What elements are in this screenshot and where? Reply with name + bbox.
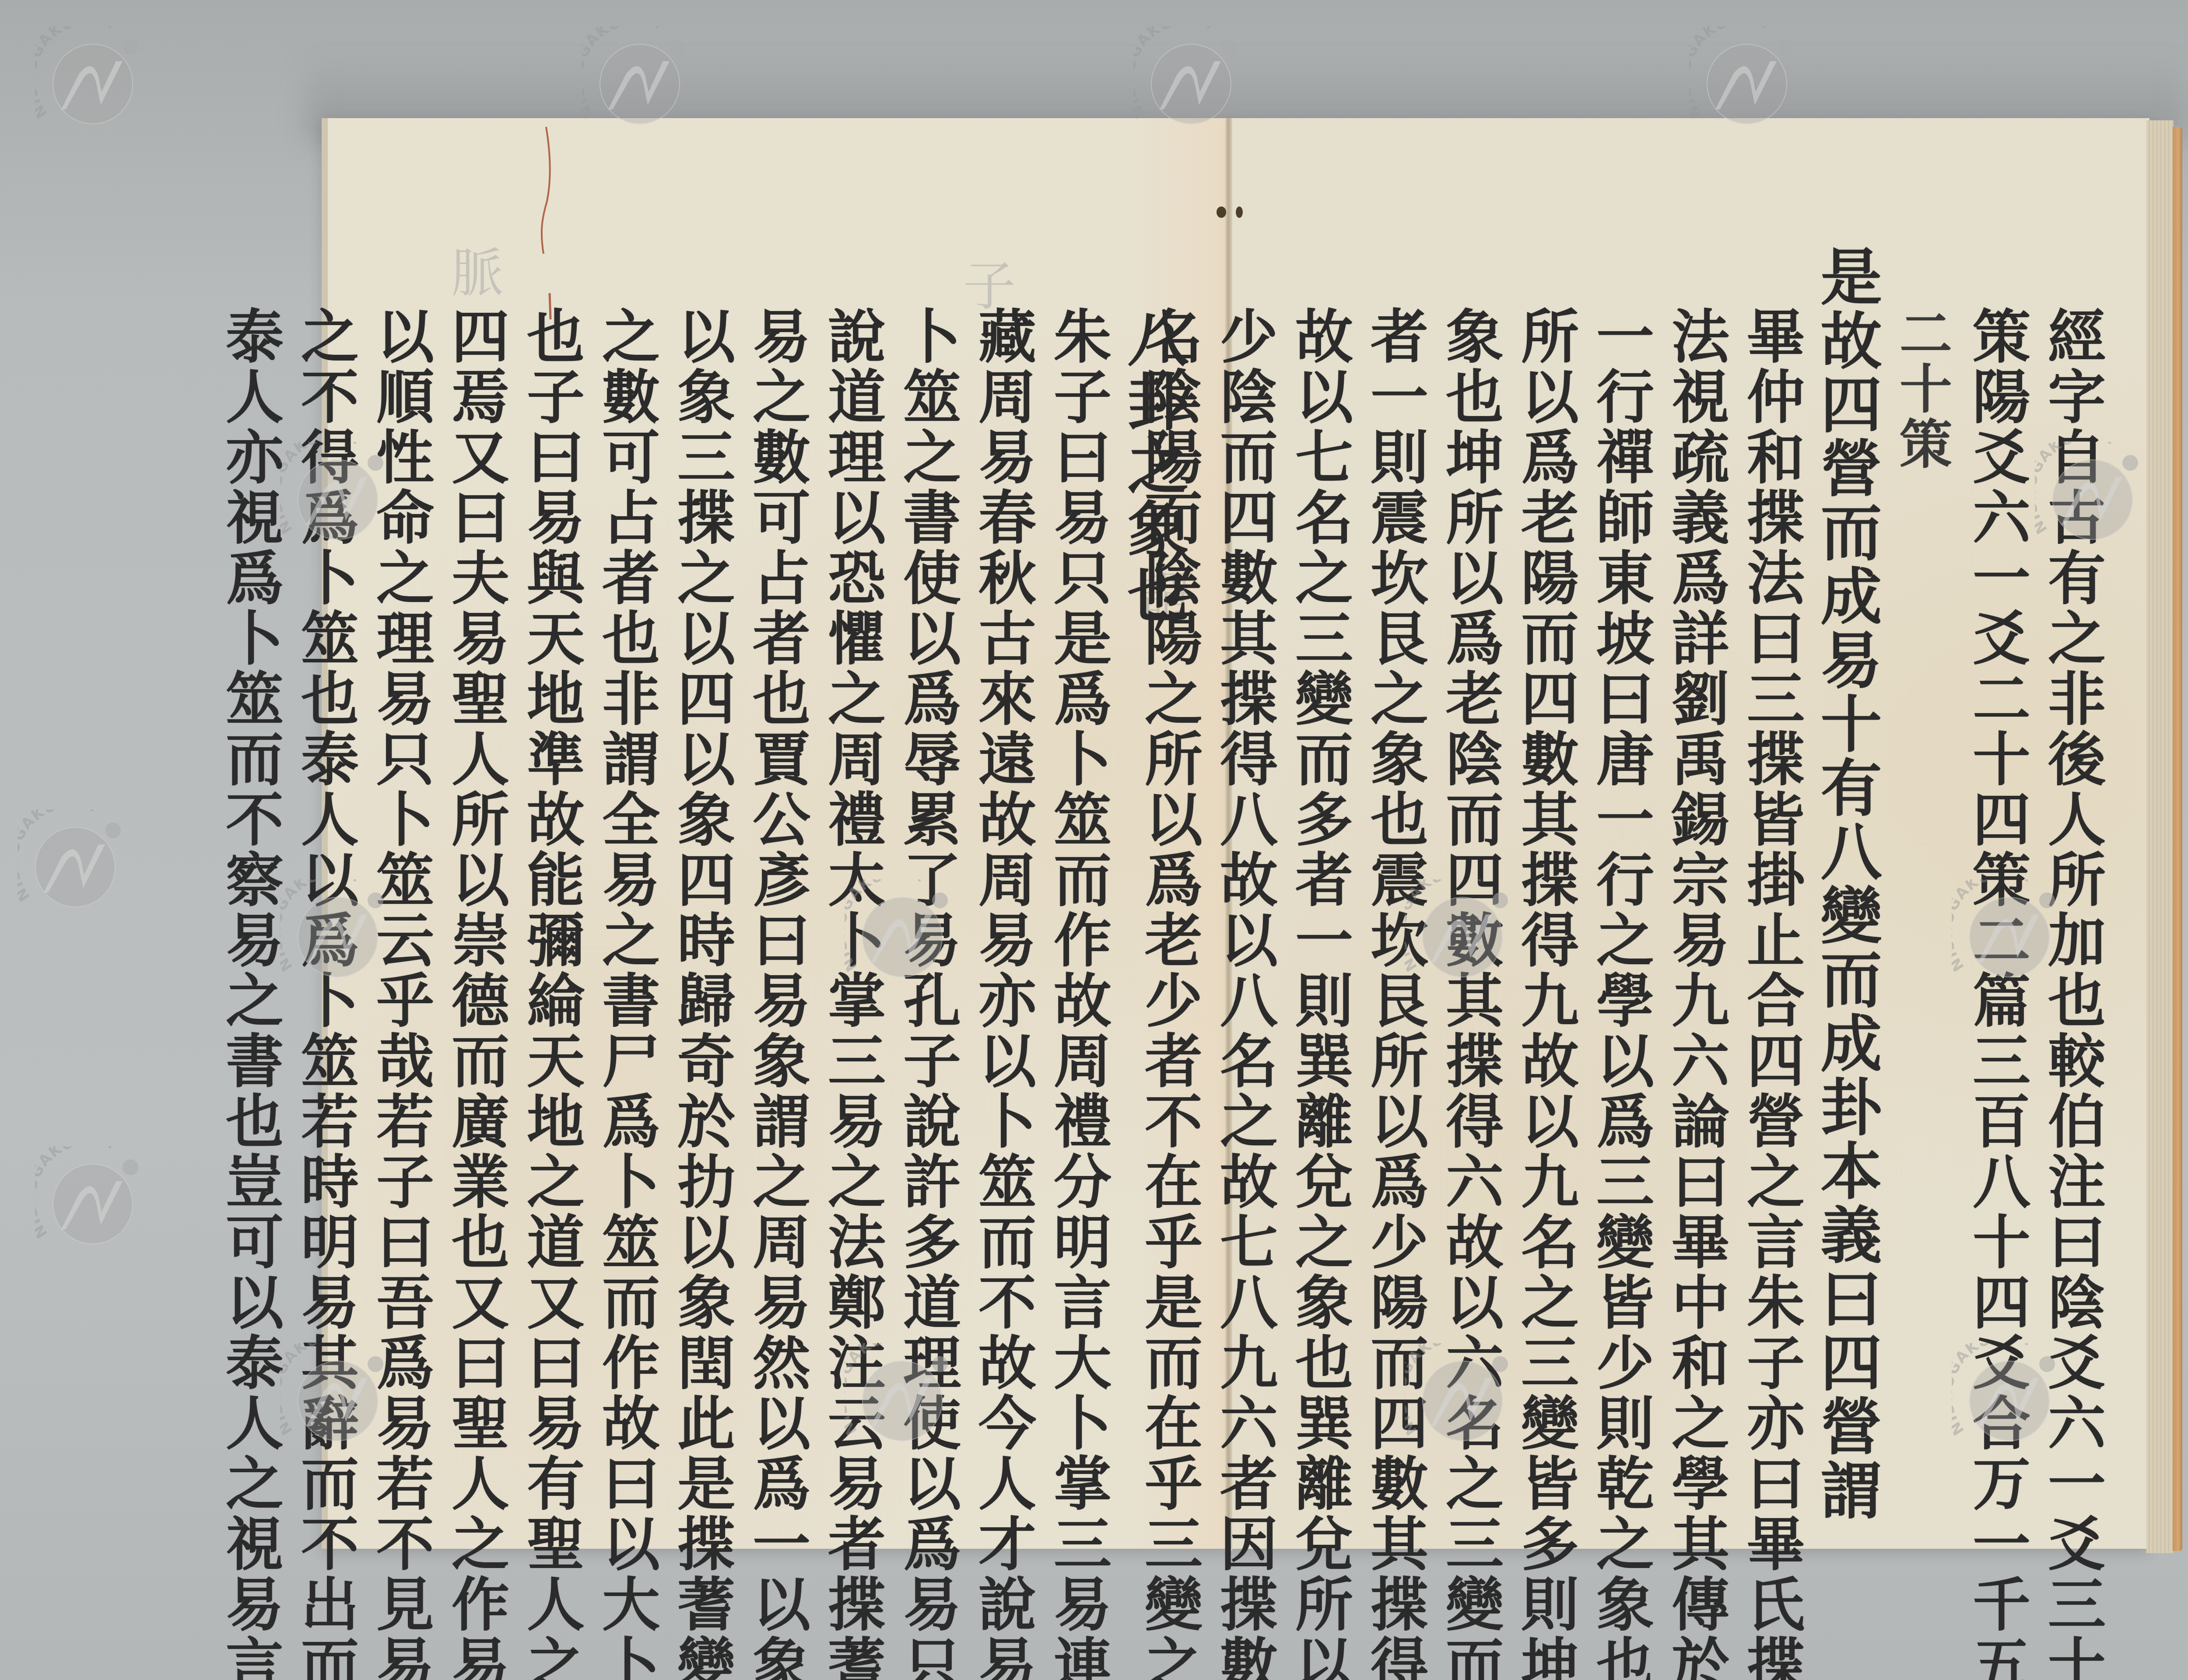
binding-hole-icon — [1236, 206, 1243, 218]
text-column: 八卦之象也 — [1115, 306, 1190, 1452]
text-column: 象也坤所以爲老陰而四數其揲得六故以六名之三變而少 — [1432, 306, 1507, 1461]
open-book: 脈 子 謂 經字自古有之非後人所加也較伯注曰陰爻六一爻三十六 策陽爻六一爻二十四… — [0, 0, 2188, 1680]
text-column: 所以爲老陽而四數其揲得九故以九名之三變皆多則坤之 — [1507, 306, 1582, 1461]
binding-hole-icon — [1217, 206, 1226, 218]
cover-edge — [2173, 127, 2182, 1551]
text-column: 一行禪師東坡曰唐一行之學以爲三變皆少則乾之象也乾 — [1582, 306, 1658, 1461]
text-column: 朱子曰易只是爲卜筮而作故周禮分明言大卜掌三易連山歸 — [1040, 306, 1115, 1452]
text-column: 之不得爲卜筮也泰人以爲卜筮若時明易其辭而不出而 — [287, 306, 362, 1452]
text-column: 泰人亦視爲卜筮而不察易之書也豈可以泰人之視易言易 — [212, 306, 287, 1452]
text-column: 故以七名之三變而多者一則巽離兌之象也巽離兌所以爲 — [1281, 306, 1357, 1461]
text-column: 是故四營而成易十有八變而成卦本義曰四營謂 — [1808, 245, 1883, 1461]
left-page-text: 八卦之象也 朱子曰易只是爲卜筮而作故周禮分明言大卜掌三易連山歸 藏周易春秋古來遠… — [212, 306, 1190, 1452]
right-page-text: 經字自古有之非後人所加也較伯注曰陰爻六一爻三十六 策陽爻六一爻二十四策二篇三百八… — [1131, 306, 2109, 1461]
text-column: 者一則震坎艮之象也震坎艮所以爲少陽而四數其揲得七 — [1357, 306, 1432, 1461]
text-column: 策陽爻六一爻二十四策二篇三百八十四爻合万一千五百 — [1959, 306, 2034, 1461]
text-column: 藏周易春秋古來遠故周易亦以卜筮而不故今人才說易是 — [964, 306, 1040, 1452]
text-column: 經字自古有之非後人所加也較伯注曰陰爻六一爻三十六 — [2034, 306, 2109, 1461]
text-column: 二十策 — [1883, 306, 1959, 1461]
text-column: 之數可占者也非謂全易之書尸爲卜筮而作故曰以大卜 — [588, 306, 663, 1452]
bleed-through-text: 脈 — [446, 245, 499, 306]
text-column: 易之數可占者也賈公彥曰易象謂之周易然以爲一以象兩掛一 — [739, 306, 814, 1452]
text-column: 法視疏義爲詳劉禹錫宗易九六論曰畢中和之學其傳於 — [1658, 306, 1733, 1461]
text-column: 畢仲和揲法曰三揲皆掛止合四營之言朱子亦曰畢氏揲 — [1733, 306, 1808, 1461]
text-column: 四焉又曰夫易聖人所以崇德而廣業也又曰聖人之作易也將 — [438, 306, 513, 1452]
text-column: 以順性命之理易只卜筮云乎哉若子曰吾爲易若不見易 — [362, 306, 438, 1452]
text-column: 說道理以恐懼之周禮太卜掌三易之法鄭注云易者揲蓍變 — [814, 306, 889, 1452]
text-column: 也子曰易與天地準故能彌綸天地之道又曰易有聖人之道 — [513, 306, 588, 1452]
text-column: 卜筮之書使以爲辱累了易孔子說許多道理使以爲易只 — [889, 306, 964, 1452]
page-edge-stack — [2146, 120, 2174, 1553]
text-column: 少陰而四數其揲得八故以八名之故七八九六者因揲數以 — [1206, 306, 1281, 1461]
red-ink-line — [538, 127, 556, 328]
text-column: 以象三揲之以四以象四時歸奇於扐以象閏此是揲蓍變易 — [663, 306, 739, 1452]
